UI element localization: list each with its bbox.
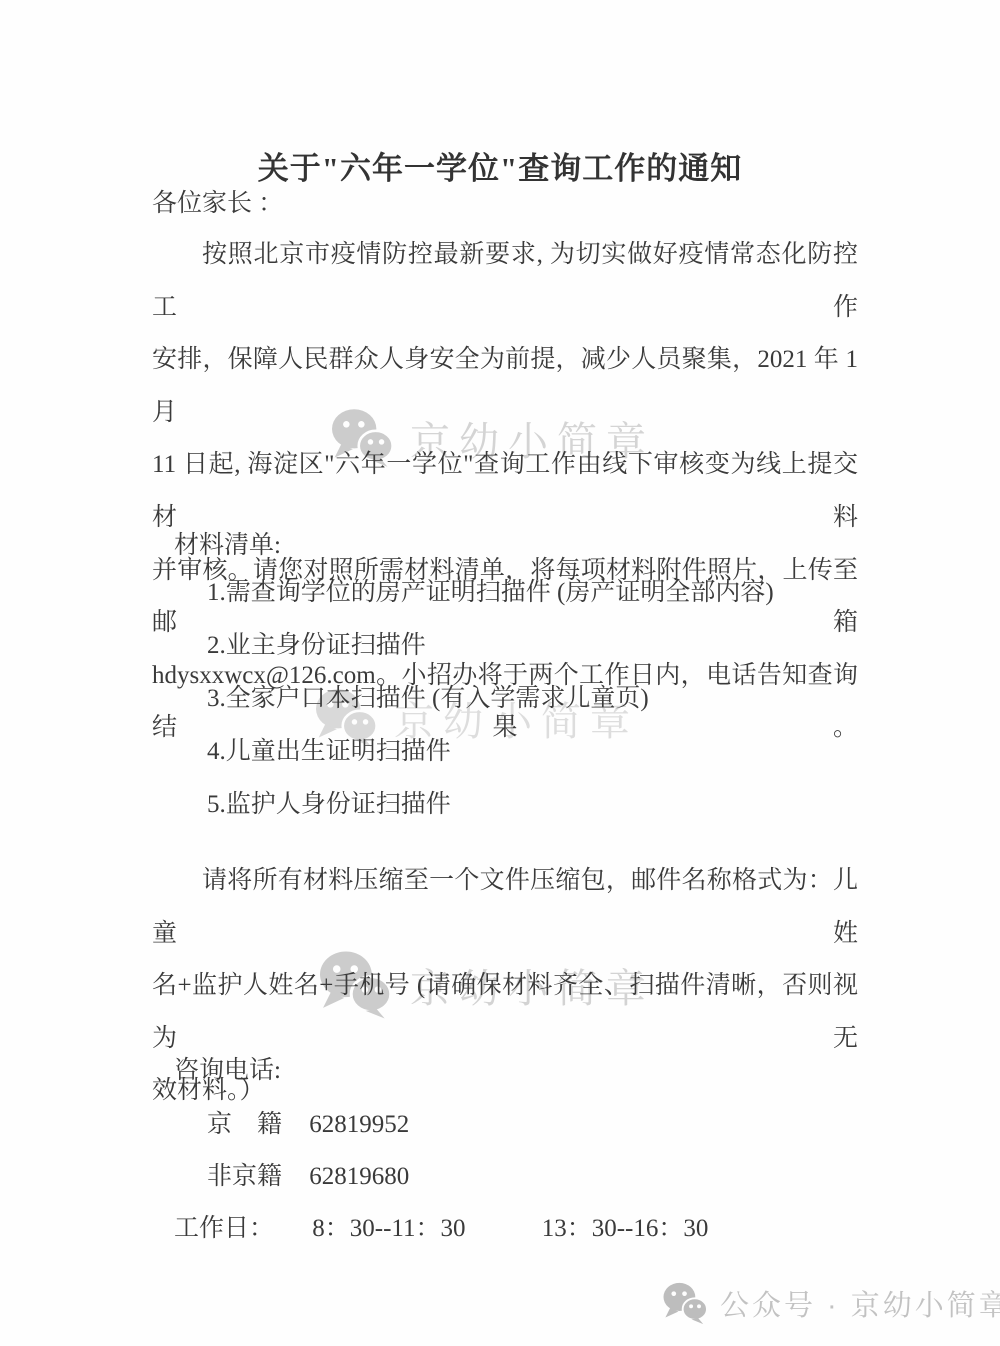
contact-header: 咨询电话: bbox=[174, 1050, 281, 1086]
page-title: 关于"六年一学位"查询工作的通知 bbox=[0, 143, 1000, 188]
contact-row-non-beijing: 非京籍 62819680 bbox=[207, 1156, 409, 1192]
contact-row-beijing: 京 籍 62819952 bbox=[207, 1104, 409, 1140]
list-item: 1.需查询学位的房产证明扫描件 (房产证明全部内容) bbox=[207, 566, 774, 619]
paragraph-line: 按照北京市疫情防控最新要求, 为切实做好疫情常态化防控工作 bbox=[152, 229, 858, 334]
workday-label: 工作日： bbox=[174, 1208, 306, 1244]
wechat-icon bbox=[662, 1282, 708, 1325]
workday-row: 工作日： 8：30--11：30 13：30--16：30 bbox=[174, 1208, 708, 1244]
contact-label: 非京籍 bbox=[207, 1156, 303, 1192]
list-item: 5.监护人身份证扫描件 bbox=[207, 778, 774, 831]
contact-number: 62819680 bbox=[309, 1163, 409, 1191]
materials-list: 1.需查询学位的房产证明扫描件 (房产证明全部内容) 2.业主身份证扫描件 3.… bbox=[207, 566, 774, 831]
watermark-text: 公众号 · 京幼小简章 bbox=[720, 1283, 1000, 1324]
paragraph-line: 请将所有材料压缩至一个文件压缩包，邮件名称格式为：儿童姓 bbox=[152, 855, 858, 960]
contact-number: 62819952 bbox=[309, 1111, 409, 1139]
contact-label: 京 籍 bbox=[207, 1104, 303, 1140]
materials-header: 材料清单: bbox=[174, 525, 281, 561]
list-item: 3.全家户口本扫描件 (有入学需求儿童页) bbox=[207, 672, 774, 725]
workday-afternoon-hours: 13：30--16：30 bbox=[542, 1208, 709, 1244]
list-item: 2.业主身份证扫描件 bbox=[207, 619, 774, 672]
list-item: 4.儿童出生证明扫描件 bbox=[207, 725, 774, 778]
workday-morning-hours: 8：30--11：30 bbox=[312, 1208, 465, 1244]
watermark-bottom: 公众号 · 京幼小简章 bbox=[662, 1282, 1000, 1325]
paragraph-line: 安排，保障人民群众人身安全为前提，减少人员聚集，2021 年 1 月 bbox=[152, 334, 858, 439]
document-page: 京幼小简章 京幼小简章 京幼小简章 关于"六年一学位"查询工作 bbox=[0, 0, 1000, 1346]
salutation: 各位家长 ： bbox=[152, 183, 283, 219]
